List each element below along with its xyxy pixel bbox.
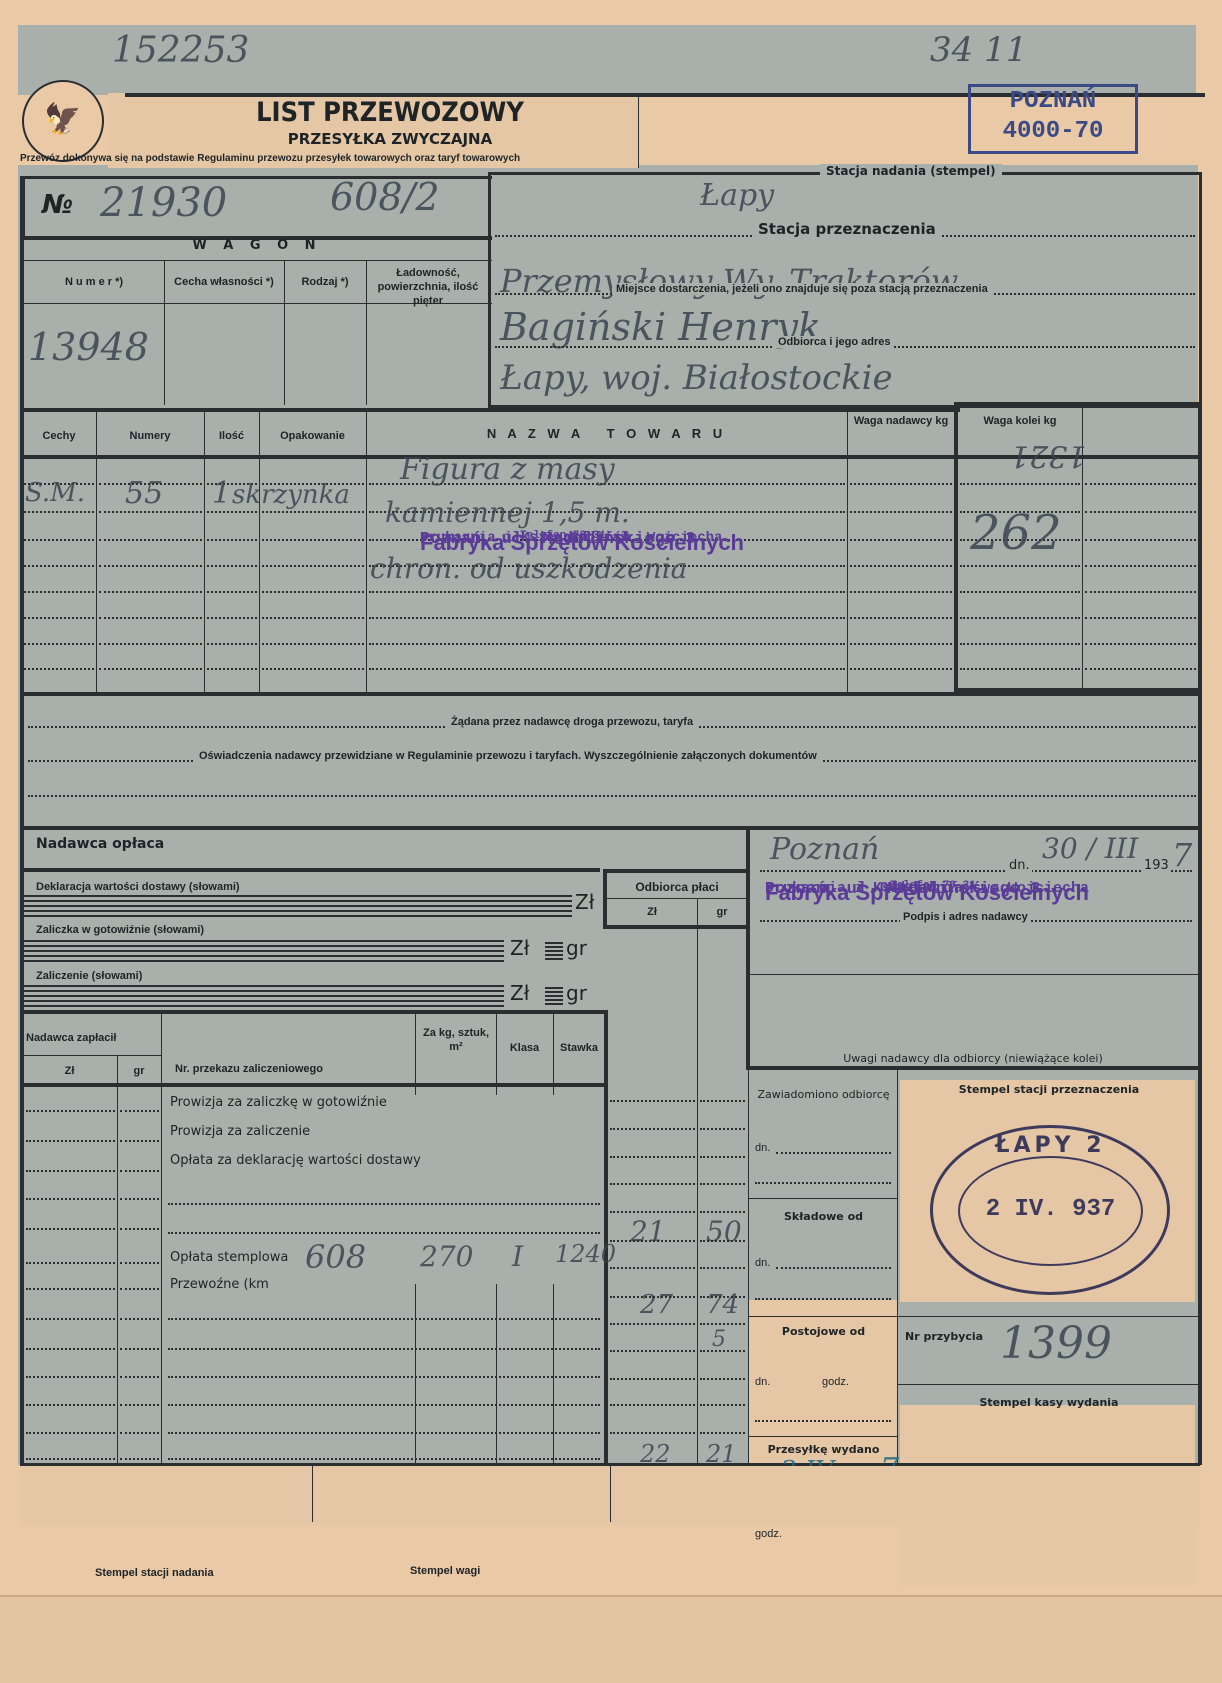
dotted-line <box>610 1211 695 1213</box>
charges-top-rule <box>20 1010 606 1014</box>
side-rule <box>748 1316 1200 1317</box>
footer-div <box>610 1466 611 1522</box>
remarks-label: Uwagi nadawcy dla odbiorcy (niewiążące k… <box>748 1052 1198 1065</box>
dotted-line <box>99 511 202 513</box>
year-prefix: 193 <box>1142 858 1171 873</box>
dotted-line <box>168 1458 600 1460</box>
dotted-line <box>120 1432 159 1434</box>
dotted-line <box>700 1404 745 1406</box>
sending-station-label: Stacja nadania (stempel) <box>820 164 1002 178</box>
dotted-line <box>369 591 845 593</box>
per-unit-label: Za kg, sztuk, m² <box>417 1026 495 1054</box>
weight-value: 270 <box>420 1240 473 1273</box>
dotted-line <box>610 1156 695 1158</box>
dotted-line <box>700 1323 745 1325</box>
arrival-number: 1399 <box>1000 1318 1112 1369</box>
recipient-pays-col-div <box>697 898 698 1465</box>
sender-pays-title: Nadawca opłaca <box>36 836 164 852</box>
storage-label: Składowe od <box>750 1210 897 1223</box>
dotted-line <box>26 1170 115 1172</box>
destination-stamp-label: Stempel stacji przeznaczenia <box>899 1083 1199 1096</box>
class-label: Klasa <box>496 1042 553 1054</box>
dotted-line <box>120 1170 159 1172</box>
goods-col-div <box>259 410 260 692</box>
dotted-line <box>960 668 1080 670</box>
dotted-line <box>610 1267 695 1269</box>
dotted-line <box>26 1458 115 1460</box>
goods-description-line-1: Figura z masy <box>400 452 615 487</box>
dotted-line <box>700 1432 745 1434</box>
dotted-line <box>207 511 257 513</box>
railway-weight-value: 262 <box>970 505 1062 561</box>
number-value: 21930 <box>100 180 227 226</box>
dotted-line <box>960 565 1080 567</box>
dotted-line <box>850 539 952 541</box>
dotted-line <box>207 591 257 593</box>
release-godz: godz. <box>755 1528 782 1540</box>
year-value: 7 <box>1172 836 1192 874</box>
dotted-line <box>262 565 364 567</box>
recipient-pays-rule <box>607 898 748 899</box>
charge-row-carriage: Przewoźne (km <box>170 1277 269 1292</box>
charge-row-2: Prowizja za zaliczenie <box>170 1124 310 1139</box>
dotted-line <box>700 1183 745 1185</box>
dotted-line <box>99 617 202 619</box>
cod-gr-lines <box>545 987 563 1005</box>
dotted-line <box>1085 511 1196 513</box>
sender-paid-title: Nadawca zapłacił <box>26 1032 117 1044</box>
dotted-line <box>850 483 952 485</box>
dotted-line <box>168 1404 600 1406</box>
cash-advance-zl: Zł <box>510 936 529 960</box>
dotted-line <box>207 617 257 619</box>
dotted-line <box>700 1156 745 1158</box>
dotted-line <box>755 1420 891 1422</box>
dotted-line <box>26 1140 115 1142</box>
dotted-line <box>26 1318 115 1320</box>
dotted-line <box>99 539 202 541</box>
footer-div <box>312 1466 313 1522</box>
dotted-line <box>369 643 845 645</box>
goods-col-div <box>847 410 848 692</box>
arrival-label: Nr przybycia <box>905 1330 983 1343</box>
dotted-line <box>168 1348 600 1350</box>
side-rule <box>748 1436 898 1437</box>
dotted-line <box>26 1110 115 1112</box>
dotted-line <box>755 1182 891 1184</box>
dotted-line <box>207 539 257 541</box>
dotted-line <box>1085 668 1196 670</box>
cash-advance-gr-lines <box>545 942 563 960</box>
goods-col-packaging: Opakowanie <box>259 430 366 442</box>
class-value: I <box>512 1240 523 1273</box>
dotted-line <box>24 591 94 593</box>
dotted-line <box>1085 539 1196 541</box>
destination-stamp-date: 2 IV. 937 <box>933 1196 1168 1223</box>
storage-dn: dn. <box>755 1257 770 1269</box>
dotted-line <box>26 1432 115 1434</box>
dotted-line <box>850 591 952 593</box>
date-label: dn. <box>1007 858 1032 873</box>
goods-col-description: N A Z W A T O W A R U <box>366 426 847 441</box>
recipient-pays-gr-2: 74 <box>706 1290 739 1320</box>
dotted-line <box>26 1376 115 1378</box>
dotted-line <box>610 1432 695 1434</box>
left-frame <box>20 176 24 1466</box>
dotted-line <box>610 1296 695 1298</box>
demurrage-label: Postojowe od <box>750 1325 897 1338</box>
goods-numbers: 55 <box>125 476 163 511</box>
sender-pays-rule <box>20 868 600 872</box>
goods-col-marks: Cechy <box>22 430 96 442</box>
goods-col-quantity: Ilość <box>204 430 259 442</box>
wagon-col-number: N u m e r *) <box>24 276 164 288</box>
dotted-line <box>24 617 94 619</box>
recipient-address: Łapy, woj. Białostockie <box>500 358 893 398</box>
document-subtitle: PRZESYŁKA ZWYCZAJNA <box>140 130 640 148</box>
demurrage-godz: godz. <box>822 1376 849 1388</box>
dotted-line <box>168 1376 600 1378</box>
dotted-line <box>99 591 202 593</box>
charges-col-div <box>415 1284 416 1464</box>
destination-station-label: Stacja przeznaczenia <box>752 220 942 238</box>
dotted-line <box>960 591 1080 593</box>
dotted-line <box>850 565 952 567</box>
dotted-line <box>120 1376 159 1378</box>
dotted-line <box>850 643 952 645</box>
value-declaration-lines <box>24 895 572 917</box>
value-declaration-zl: Zł <box>575 890 594 914</box>
dotted-line <box>369 617 845 619</box>
document-title: LIST PRZEWOZOWY <box>140 97 640 128</box>
dotted-line <box>850 617 952 619</box>
cod-zl: Zł <box>510 981 529 1005</box>
dotted-line <box>369 668 845 670</box>
poznan-stamp-line1: POZNAŃ <box>971 87 1135 117</box>
dotted-line <box>120 1262 159 1264</box>
dotted-line <box>24 565 94 567</box>
stamp-line: Telefon 76-31 <box>765 880 976 892</box>
dotted-line <box>26 1404 115 1406</box>
dotted-line <box>120 1228 159 1230</box>
recipient-pays-gr-3: 5 <box>712 1327 726 1352</box>
arrival-rule <box>898 1384 1198 1385</box>
number-extra: 608/2 <box>330 175 440 219</box>
recipient-pays-zl-2: 27 <box>640 1290 673 1320</box>
dotted-line <box>776 1152 891 1154</box>
cash-advance-gr: gr <box>566 936 587 960</box>
charges-col-div <box>161 1010 162 1465</box>
date-value: 30 / III <box>1042 832 1138 865</box>
dotted-line <box>24 511 94 513</box>
signature-rule <box>748 974 1198 975</box>
value-declaration-label: Deklaracja wartości dostawy (słowami) <box>36 881 240 893</box>
goods-marks: S.M. <box>25 478 85 508</box>
dotted-line <box>168 1318 600 1320</box>
dotted-line <box>1085 565 1196 567</box>
dotted-line <box>26 1228 115 1230</box>
charges-col-div <box>415 1010 416 1095</box>
goods-col-div <box>204 410 205 692</box>
railway-weight-note: 1321 <box>1010 438 1086 473</box>
dotted-line <box>700 1267 745 1269</box>
goods-packaging: skrzynka <box>232 480 350 510</box>
dotted-line <box>960 483 1080 485</box>
sending-station-value: Łapy <box>700 178 774 213</box>
charge-row-3: Opłata za deklarację wartości dostawy <box>170 1153 421 1168</box>
wagon-col-owner: Cecha własności *) <box>164 276 284 288</box>
dotted-line <box>120 1110 159 1112</box>
recipient-label: Odbiorca i jego adres <box>774 336 894 348</box>
sending-stamp-label: Stempel stacji nadania <box>95 1567 214 1579</box>
route-top-rule <box>20 692 1202 696</box>
cash-advance-label: Zaliczka w gotowiźnie (słowami) <box>36 924 204 936</box>
dotted-line <box>120 1404 159 1406</box>
weight-stamp-label: Stempel wagi <box>410 1565 480 1577</box>
folded-flap <box>0 1595 1222 1683</box>
dotted-line <box>207 565 257 567</box>
dotted-line <box>610 1378 695 1380</box>
dotted-line <box>610 1404 695 1406</box>
rate-label: Stawka <box>553 1042 605 1054</box>
dotted-line <box>262 668 364 670</box>
dotted-line <box>700 1378 745 1380</box>
charges-col-div <box>496 1284 497 1464</box>
dotted-line <box>610 1128 695 1130</box>
goods-quantity: 1 <box>212 476 231 511</box>
cash-stamp-label: Stempel kasy wydania <box>899 1396 1199 1409</box>
dotted-line <box>120 1140 159 1142</box>
dotted-line <box>776 1267 891 1269</box>
dotted-line <box>1085 617 1196 619</box>
recipient-pays-gr-1: 50 <box>706 1215 742 1248</box>
goods-col-numbers: Numery <box>96 430 204 442</box>
charges-col-div <box>553 1284 554 1464</box>
recipient-pays-zl-1: 21 <box>630 1215 666 1248</box>
released-label: Przesyłkę wydano <box>750 1443 897 1456</box>
dotted-line <box>24 668 94 670</box>
destination-stamp-station: ŁAPY 2 <box>933 1133 1168 1158</box>
recipient-name: Bagiński Henryk <box>500 305 821 349</box>
dotted-line <box>262 617 364 619</box>
dotted-line <box>1085 591 1196 593</box>
signature-label: Podpis i adres nadawcy <box>900 911 1031 923</box>
recipient-pays-header <box>603 869 748 929</box>
wagon-col-type: Rodzaj *) <box>284 276 366 288</box>
dotted-line <box>610 1350 695 1352</box>
dotted-line <box>26 1348 115 1350</box>
wagon-number-value: 13948 <box>28 325 149 369</box>
poznan-stamp-line2: 4000-70 <box>971 117 1135 147</box>
dotted-line <box>168 1203 600 1205</box>
cod-lines <box>24 985 504 1007</box>
cod-gr: gr <box>566 981 587 1005</box>
dotted-line <box>120 1288 159 1290</box>
dotted-line <box>850 511 952 513</box>
dotted-line <box>1085 483 1196 485</box>
dotted-line <box>760 870 1192 872</box>
goods-col-sender-weight: Waga nadawcy kg <box>848 414 954 428</box>
dotted-line <box>610 1183 695 1185</box>
corner-note: 34 11 <box>930 30 1027 70</box>
destination-stamp: ŁAPY 2 2 IV. 937 <box>930 1125 1170 1295</box>
dotted-line <box>700 1128 745 1130</box>
charges-rule <box>22 1055 162 1056</box>
dotted-line <box>26 1262 115 1264</box>
side-panel-left <box>748 1070 749 1465</box>
dotted-line <box>610 1323 695 1325</box>
side-panel-div <box>897 1070 898 1465</box>
dotted-line <box>700 1100 745 1102</box>
stamp-line: Telefon 76-31 <box>420 530 606 542</box>
dotted-line <box>850 668 952 670</box>
charge-row-stamp-fee: Opłata stemplowa <box>170 1250 288 1265</box>
dotted-line <box>99 565 202 567</box>
goods-col-div <box>96 410 97 692</box>
dotted-line <box>700 1240 745 1242</box>
rate-value: 1240 <box>555 1240 616 1268</box>
sender-paid-zl: Zł <box>22 1065 117 1077</box>
dotted-line <box>700 1211 745 1213</box>
dotted-line <box>1085 643 1196 645</box>
charge-row-1: Prowizja za zaliczkę w gotowiźnie <box>170 1095 387 1110</box>
archive-number: 152253 <box>112 30 249 71</box>
wagon-title: W A G O N <box>22 238 492 253</box>
demurrage-dn: dn. <box>755 1376 770 1388</box>
regulation-note: Przewóz dokonywa się na podstawie Regula… <box>20 153 520 164</box>
dotted-line <box>755 1298 891 1300</box>
money-order-label: Nr. przekazu zaliczeniowego <box>175 1063 323 1075</box>
goods-description-line-2: kamiennej 1,5 m. <box>385 496 630 529</box>
dotted-line <box>700 1350 745 1352</box>
recipient-pays-gr: gr <box>697 906 747 918</box>
wagon-header-rule <box>24 260 492 261</box>
dotted-line <box>262 591 364 593</box>
number-symbol: № <box>42 190 73 220</box>
notified-label: Zawiadomiono odbiorcę <box>750 1088 897 1102</box>
requested-route-label: Żądana przez nadawcę droga przewozu, tar… <box>447 716 697 728</box>
poznan-stamp: POZNAŃ 4000-70 <box>968 84 1138 154</box>
distance-km: 608 <box>305 1238 366 1276</box>
dotted-line <box>960 643 1080 645</box>
sender-paid-gr: gr <box>117 1065 161 1077</box>
charges-header-rule <box>22 1083 606 1087</box>
side-rule <box>748 1198 898 1199</box>
delivery-place-label: Miejsce dostarczenia, jeżeli ono znajduj… <box>612 283 992 295</box>
declarations-label: Oświadczenia nadawcy przewidziane w Regu… <box>195 750 821 762</box>
dotted-line <box>28 795 1196 797</box>
dotted-line <box>120 1318 159 1320</box>
wagon-col-capacity: Ładowność, powierzchnia, ilość pięter <box>366 266 490 308</box>
dotted-line <box>700 1296 745 1298</box>
cod-label: Zaliczenie (słowami) <box>36 970 142 982</box>
recipient-pays-zl: Zł <box>607 906 697 918</box>
dotted-line <box>262 539 364 541</box>
dotted-line <box>99 643 202 645</box>
place-value: Poznań <box>770 832 879 867</box>
dotted-line <box>26 1288 115 1290</box>
dotted-line <box>610 1240 695 1242</box>
goods-col-div <box>366 410 367 692</box>
dotted-line <box>207 668 257 670</box>
goods-top-rule <box>20 408 960 412</box>
dotted-line <box>960 617 1080 619</box>
dotted-line <box>26 1198 115 1200</box>
charges-col-div <box>117 1055 118 1465</box>
goods-col-railway-weight: Waga kolei kg <box>958 414 1082 428</box>
dotted-line <box>24 539 94 541</box>
dotted-line <box>168 1232 600 1234</box>
goods-description-line-3: chron. od uszkodzenia <box>370 552 687 585</box>
dotted-line <box>99 668 202 670</box>
dotted-line <box>168 1432 600 1434</box>
recipient-pays-title: Odbiorca płaci <box>607 880 747 894</box>
dotted-line <box>120 1198 159 1200</box>
dotted-line <box>610 1100 695 1102</box>
dotted-line <box>120 1348 159 1350</box>
notified-dn: dn. <box>755 1142 770 1154</box>
dotted-line <box>24 643 94 645</box>
pkp-emblem: 🦅 <box>22 80 104 162</box>
eagle-icon: 🦅 <box>36 100 90 140</box>
dotted-line <box>262 511 364 513</box>
charges-right-frame <box>604 1010 608 1465</box>
dotted-line <box>262 643 364 645</box>
dotted-line <box>207 643 257 645</box>
cash-advance-lines <box>24 940 504 962</box>
dotted-line <box>120 1458 159 1460</box>
right-frame <box>1198 690 1202 834</box>
